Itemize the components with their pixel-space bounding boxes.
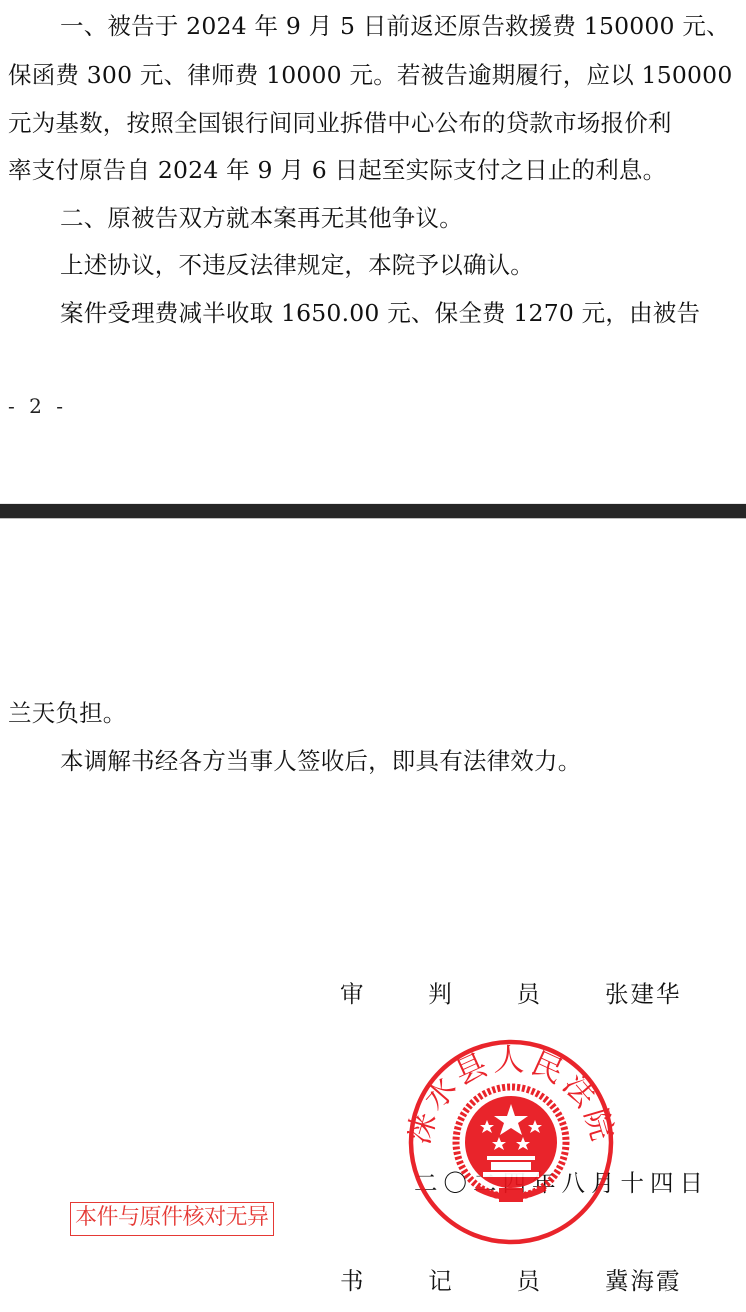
clerk-role: 书 记 员 <box>340 1266 540 1296</box>
paragraph-line: 上述协议，不违反法律规定，本院予以确认。 <box>60 250 534 280</box>
paragraph-line: 本调解书经各方当事人签收后，即具有法律效力。 <box>60 746 581 776</box>
role-char: 书 <box>340 1266 364 1296</box>
role-char: 员 <box>517 1266 541 1296</box>
paragraph-line: 保函费 300 元、律师费 10000 元。若被告逾期履行，应以 150000 <box>8 60 732 90</box>
paragraph-line: 二、原被告双方就本案再无其他争议。 <box>60 203 463 233</box>
paragraph-line: 元为基数，按照全国银行间同业拆借中心公布的贷款市场报价利 <box>8 108 672 138</box>
page-number: - 2 - <box>8 394 67 418</box>
role-char: 判 <box>428 979 452 1009</box>
paragraph-line: 案件受理费减半收取 1650.00 元、保全费 1270 元，由被告 <box>60 298 700 328</box>
paragraph-line: 率支付原告自 2024 年 9 月 6 日起至实际支付之日止的利息。 <box>8 155 666 185</box>
paragraph-line: 兰天负担。 <box>8 698 127 728</box>
clerk-name: 冀海霞 <box>605 1266 682 1296</box>
judge-name: 张建华 <box>605 979 682 1009</box>
page-separator <box>0 503 746 519</box>
paragraph-line: 一、被告于 2024 年 9 月 5 日前返还原告救援费 150000 元、 <box>60 11 730 41</box>
judge-signature: 审 判 员 张建华 <box>340 979 740 1009</box>
role-char: 员 <box>517 979 541 1009</box>
role-char: 审 <box>340 979 364 1009</box>
role-char: 记 <box>428 1266 452 1296</box>
document-page-2: 一、被告于 2024 年 9 月 5 日前返还原告救援费 150000 元、 保… <box>0 0 746 503</box>
court-seal-icon: 涞水县人民法院 <box>407 1038 615 1246</box>
judge-role: 审 判 员 <box>340 979 540 1009</box>
clerk-signature: 书 记 员 冀海霞 <box>340 1266 740 1296</box>
verification-stamp: 本件与原件核对无异 <box>70 1202 274 1236</box>
